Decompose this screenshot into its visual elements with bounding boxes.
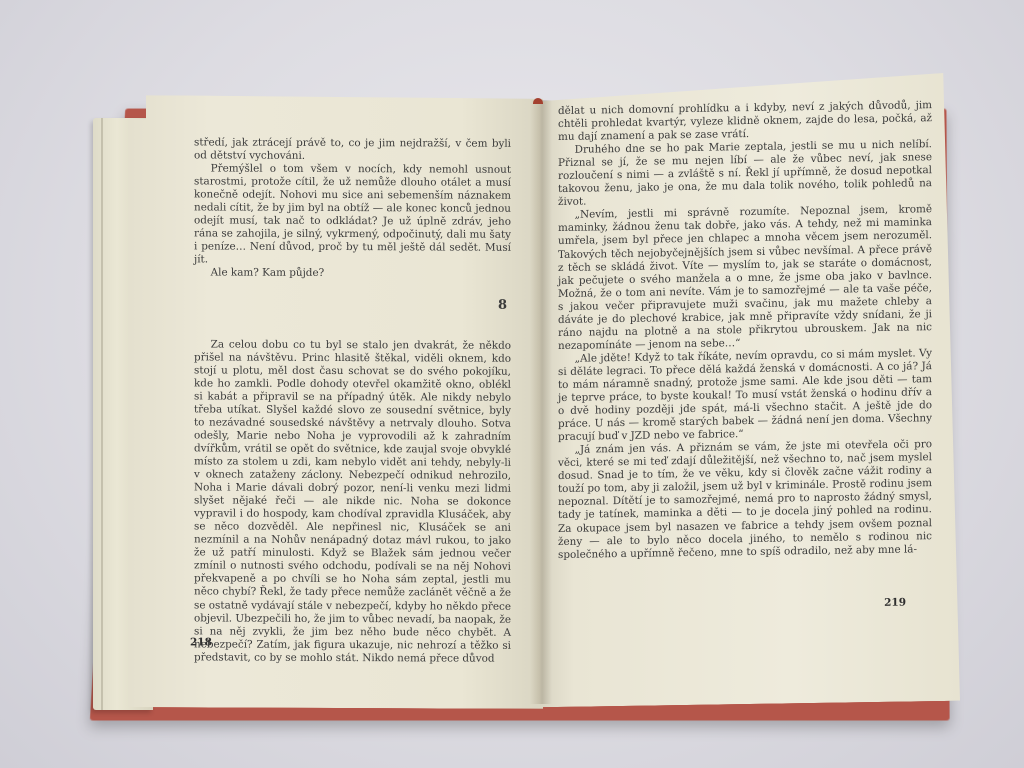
paragraph: Za celou dobu co tu byl se stalo jen dva… (194, 338, 511, 666)
right-page-text: dělat u nich domovní prohlídku a i kdyby… (558, 99, 932, 562)
paragraph: „Ale jděte! Když to tak říkáte, nevím op… (558, 347, 932, 444)
paragraph: středí, jak ztrácejí právě to, co je jim… (194, 136, 511, 163)
paragraph: Druhého dne se ho pak Marie zeptala, jes… (558, 138, 932, 209)
chapter-number: 8 (194, 297, 511, 311)
paragraph: „Já znám jen vás. A přiznám se vám, že j… (558, 438, 932, 561)
paragraph: „Nevím, jestli mi správně rozumíte. Nepo… (558, 204, 932, 353)
paragraph: Přemýšlel o tom všem v nocích, kdy nemoh… (194, 162, 511, 268)
page-number-right: 219 (884, 597, 906, 610)
page-number-left: 218 (190, 636, 212, 649)
left-page-text-top: středí, jak ztrácejí právě to, co je jim… (194, 136, 511, 281)
spine-headband (533, 98, 543, 104)
photo-scene: středí, jak ztrácejí právě to, co je jim… (0, 0, 1024, 768)
paragraph: dělat u nich domovní prohlídku a i kdyby… (558, 99, 932, 144)
left-page-text-bottom: Za celou dobu co tu byl se stalo jen dva… (194, 338, 511, 666)
left-page: středí, jak ztrácejí právě to, co je jim… (128, 95, 543, 709)
paragraph: Ale kam? Kam půjde? (194, 267, 511, 281)
right-page: dělat u nich domovní prohlídku a i kdyby… (540, 73, 960, 708)
